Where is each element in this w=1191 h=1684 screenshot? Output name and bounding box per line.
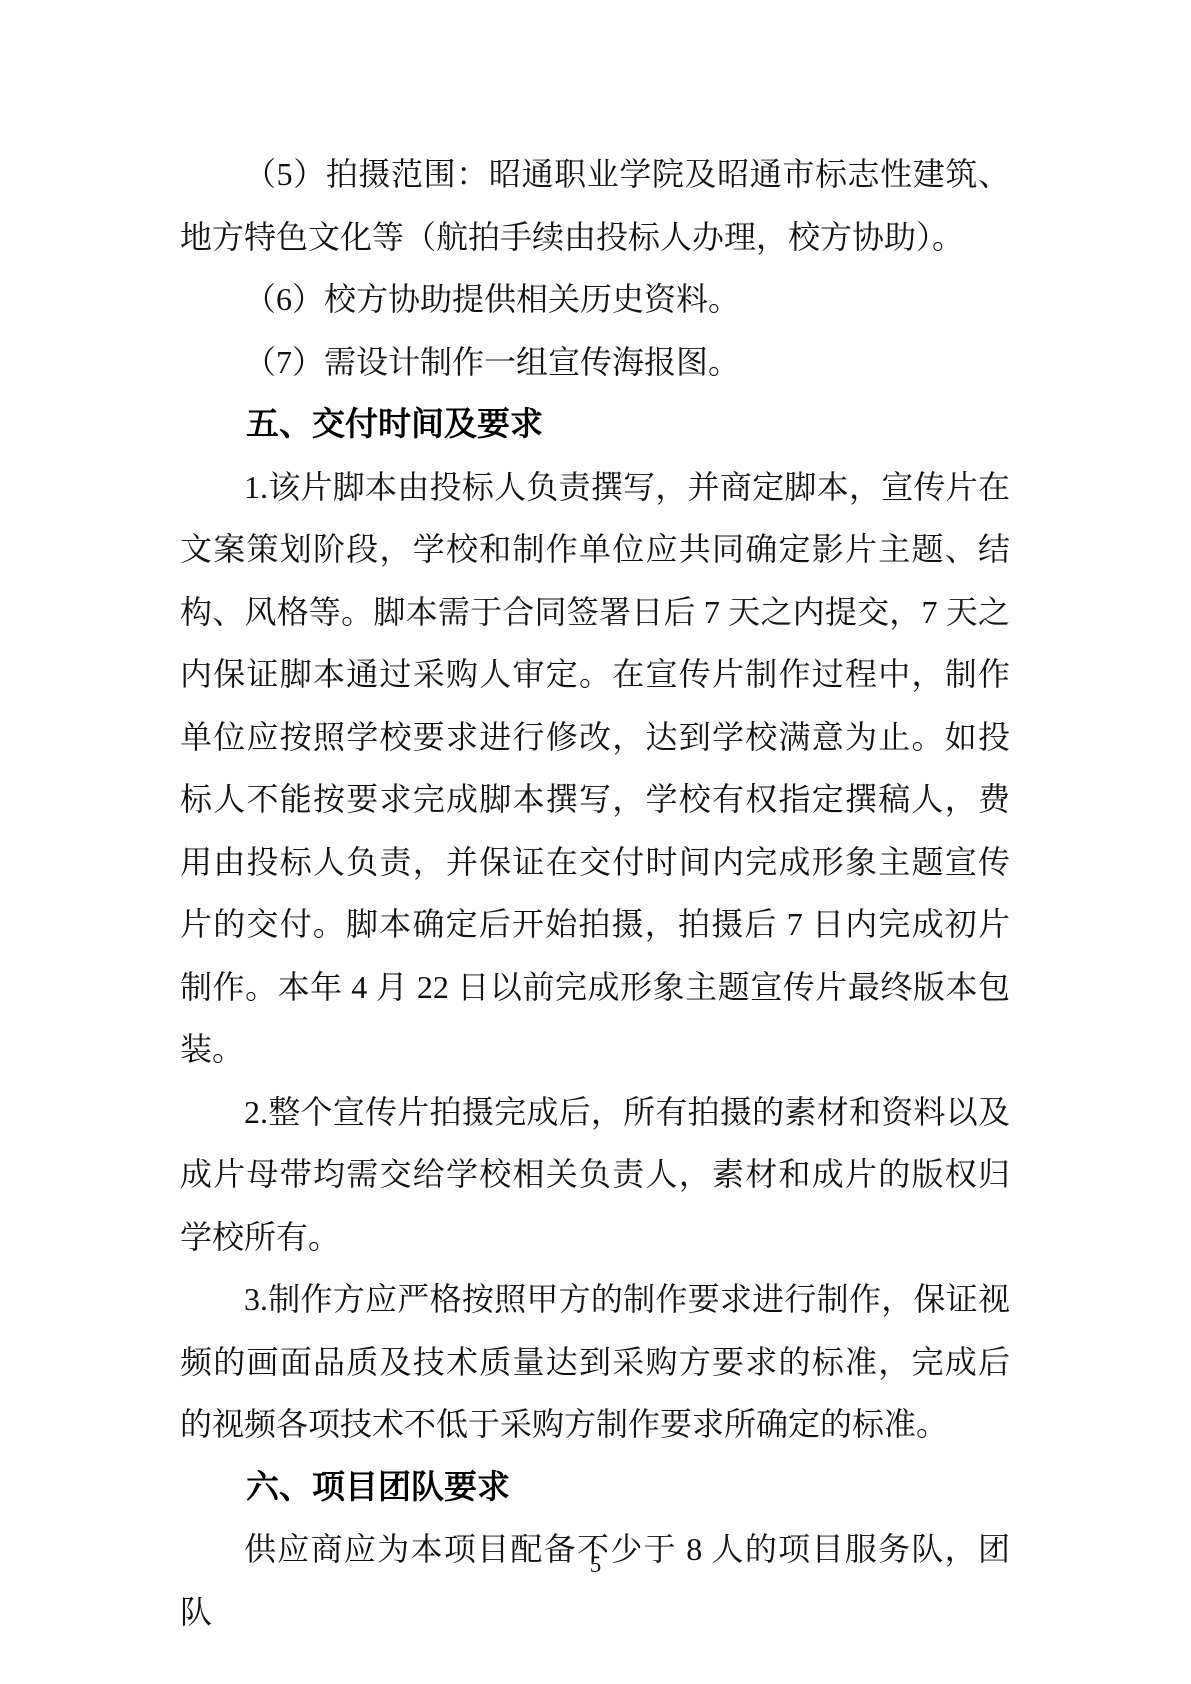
document-page: （5）拍摄范围：昭通职业学院及昭通市标志性建筑、地方特色文化等（航拍手续由投标人… — [0, 0, 1191, 1684]
paragraph-delivery-2: 2.整个宣传片拍摄完成后，所有拍摄的素材和资料以及成片母带均需交给学校相关负责人… — [180, 1081, 1010, 1269]
list-item-7: （7）需设计制作一组宣传海报图。 — [180, 331, 1010, 394]
paragraph-team-1: 供应商应为本项目配备不少于 8 人的项目服务队，团队 — [180, 1518, 1010, 1643]
section-heading-project-team-requirements: 六、项目团队要求 — [180, 1456, 1010, 1519]
paragraph-delivery-3: 3.制作方应严格按照甲方的制作要求进行制作，保证视频的画面品质及技术质量达到采购… — [180, 1268, 1010, 1456]
paragraph-delivery-1: 1.该片脚本由投标人负责撰写，并商定脚本，宣传片在文案策划阶段，学校和制作单位应… — [180, 456, 1010, 1081]
section-heading-delivery-requirements: 五、交付时间及要求 — [180, 393, 1010, 456]
document-body: （5）拍摄范围：昭通职业学院及昭通市标志性建筑、地方特色文化等（航拍手续由投标人… — [180, 143, 1010, 1643]
list-item-5: （5）拍摄范围：昭通职业学院及昭通市标志性建筑、地方特色文化等（航拍手续由投标人… — [180, 143, 1010, 268]
list-item-6: （6）校方协助提供相关历史资料。 — [180, 268, 1010, 331]
page-number: 5 — [0, 1552, 1191, 1578]
